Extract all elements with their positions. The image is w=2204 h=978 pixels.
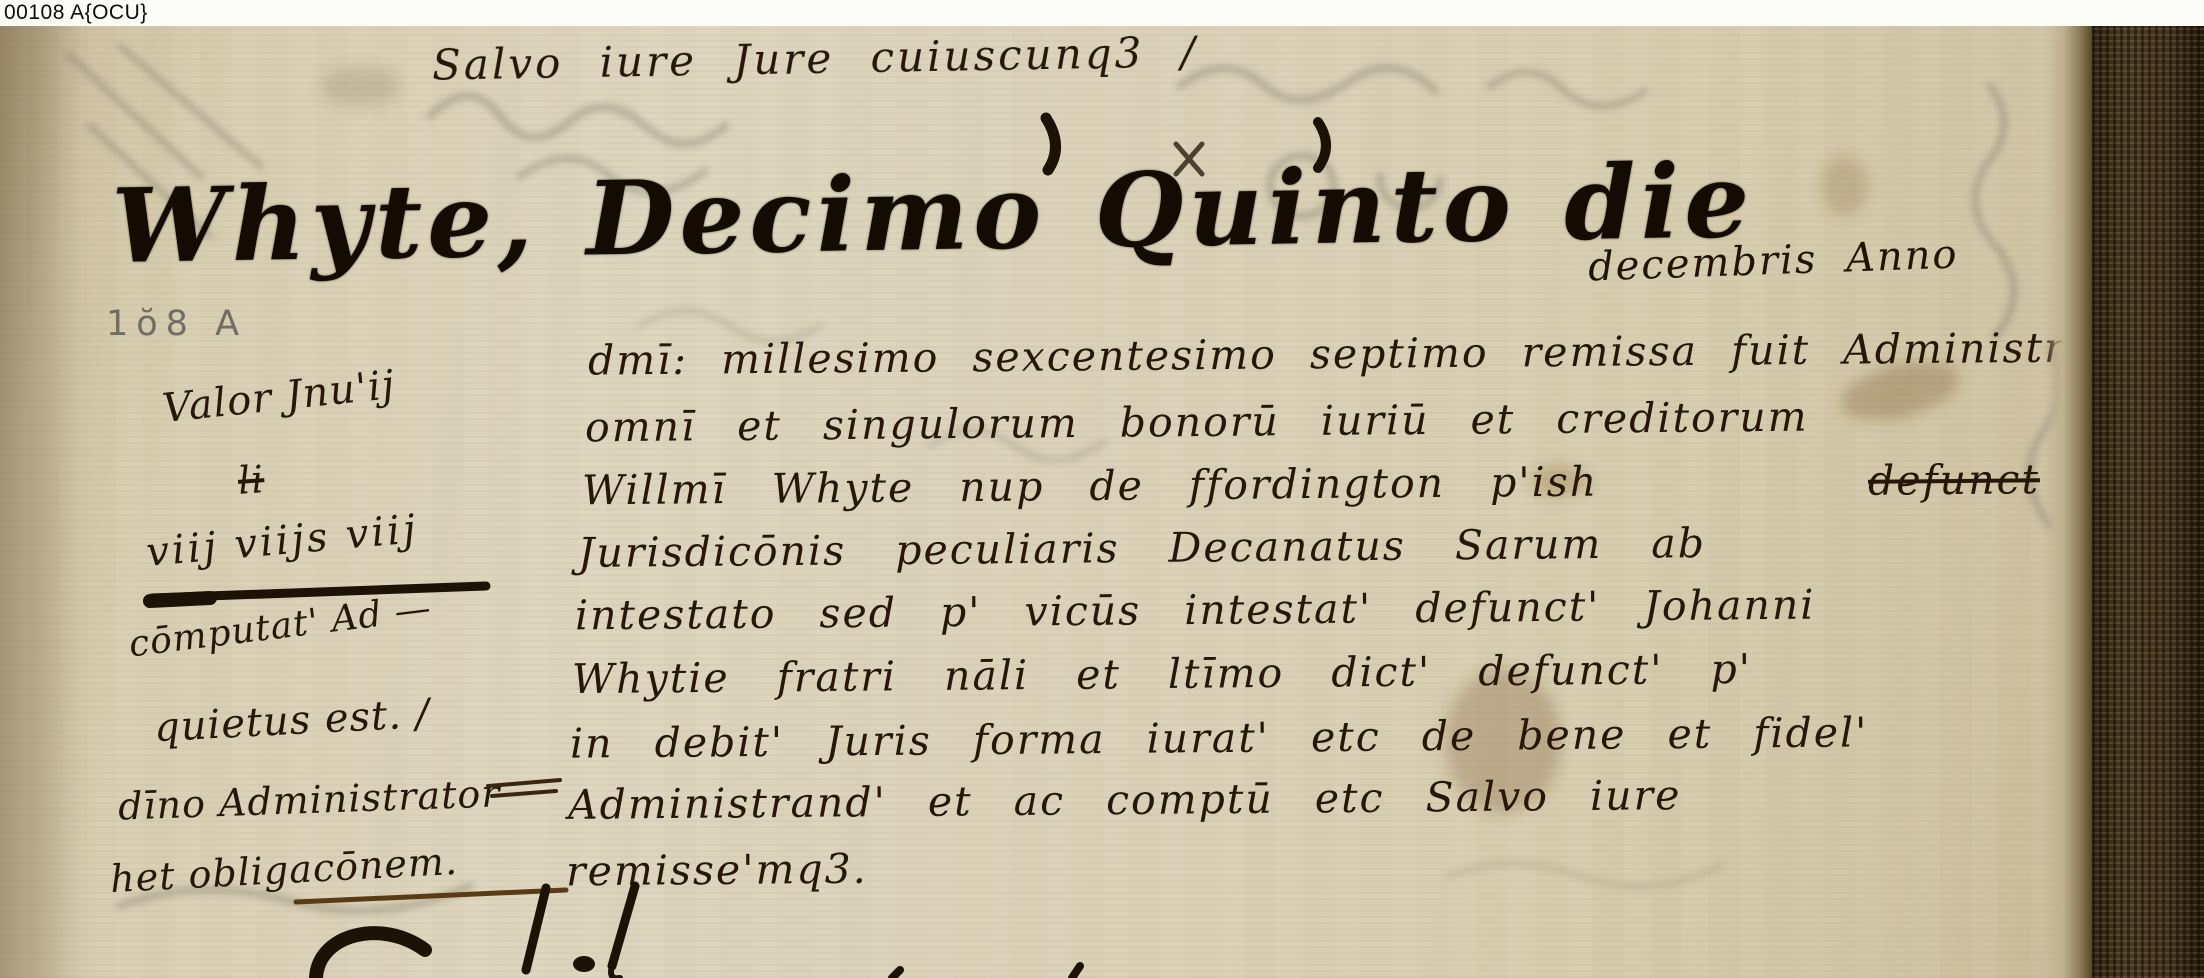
margin-valor-struck-word: li <box>236 457 265 503</box>
margin-valor-label: Valor Jnu'ij <box>160 362 397 432</box>
body-line: dmī: millesimo sexcentesimo septimo remi… <box>588 323 2093 384</box>
manuscript-page: Salvo iure Jure cuiuscunq3 / Whyte, Deci… <box>0 26 2204 978</box>
margin-administrator-note-line1: dīno Administrator <box>117 771 501 828</box>
entry-heading: Whyte, Decimo Quinto die <box>111 141 1755 287</box>
margin-quietus-note: quietus est. / <box>153 691 431 751</box>
body-line: Whytie fratri nāli et ltīmo dict' defunc… <box>572 645 1752 703</box>
margin-computatur-note: cōmputat' Ad — <box>127 588 434 666</box>
scan-header-bar: 00108 A{OCU} <box>0 0 2204 26</box>
frame-id-label: 00108 A{OCU} <box>4 1 148 25</box>
body-line: Willmī Whyte nup de ffordington p'ish <box>582 458 1599 515</box>
body-line: omnī et singulorum bonorū iuriū et credi… <box>585 393 1809 452</box>
body-line: Jurisdicōnis peculiaris Decanatus Sarum … <box>578 519 1706 577</box>
body-line: in debit' Juris forma iurat' etc de bene… <box>570 708 1869 767</box>
body-line: Administrand' et ac comptū etc Salvo iur… <box>568 771 1682 829</box>
margin-administrator-note-line2: het obligacōnem. <box>109 839 459 901</box>
page-fore-edge <box>2044 26 2092 978</box>
previous-entry-closing-line: Salvo iure Jure cuiuscunq3 / <box>432 27 1199 89</box>
body-line: remisse'mq3. <box>566 845 868 896</box>
book-binding-edge <box>2092 26 2204 978</box>
margin-valor-amount: viij viijs viij <box>145 506 421 576</box>
folio-number-pencil: 1ŏ8 A <box>106 304 247 344</box>
manuscript-scan: 00108 A{OCU} <box>0 0 2204 978</box>
body-line: intestato sed p' vicūs intestat' defunct… <box>575 581 1816 640</box>
body-struck-word: defunct <box>1868 455 2040 504</box>
